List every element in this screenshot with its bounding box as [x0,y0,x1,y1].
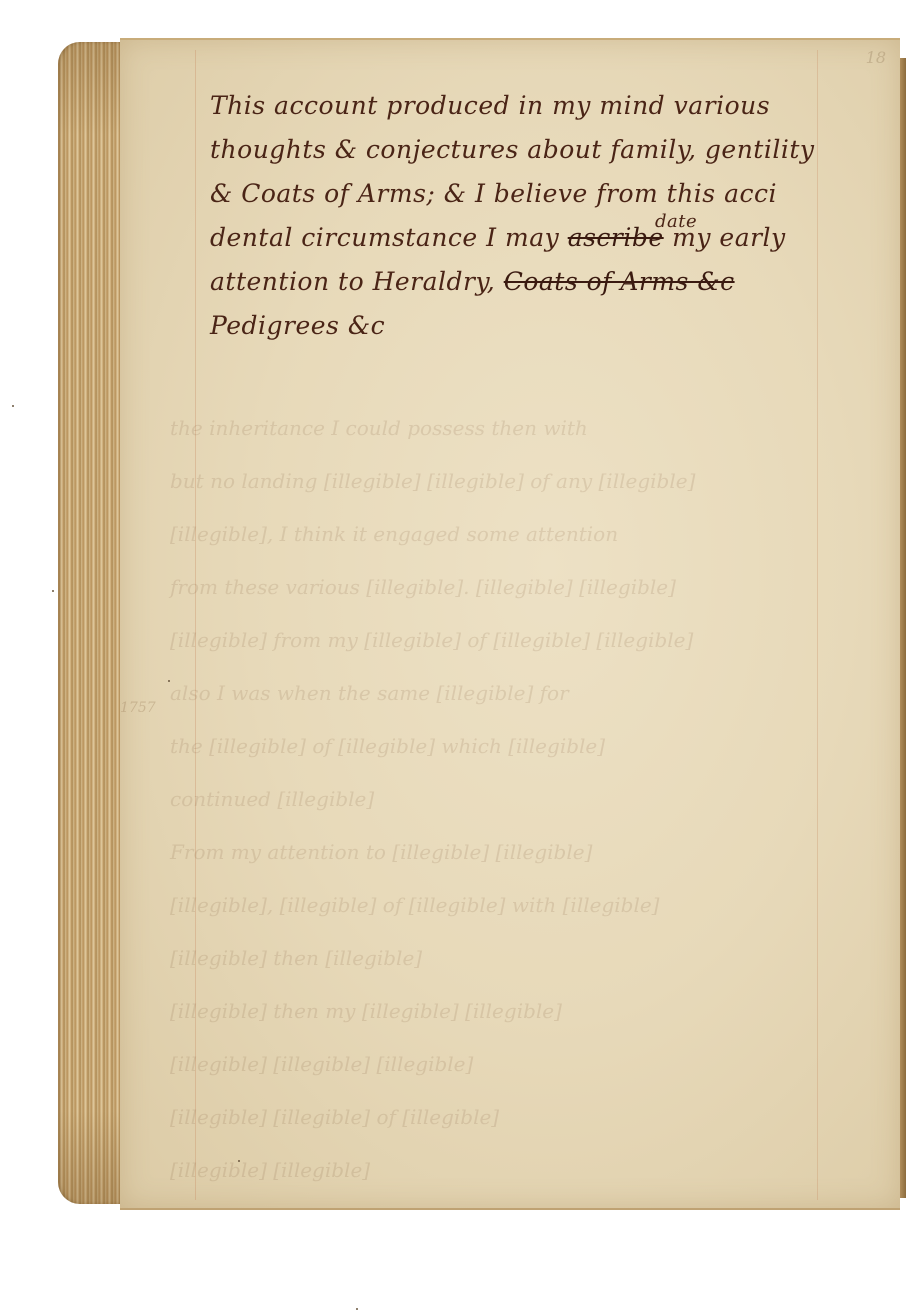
bleed-line: [illegible] [illegible] of [illegible] [170,1091,870,1144]
handwritten-passage: This account produced in my mind various… [210,84,830,348]
bleed-line [170,349,870,402]
bleed-line: from these various [illegible]. [illegib… [170,561,870,614]
bleed-line: [illegible] from my [illegible] of [ille… [170,614,870,667]
hw-line-4: dental circumstance I may ascribedate my… [210,216,830,260]
bleed-line: the [illegible] of [illegible] which [il… [170,720,870,773]
bleed-line: [illegible] [illegible] [170,1144,870,1197]
paper-speck [168,680,170,682]
bleed-line: continued [illegible] [170,773,870,826]
inserted-word: date [655,200,697,244]
bleed-line: but no landing [illegible] [illegible] o… [170,455,870,508]
bleed-line: [illegible] then my [illegible] [illegib… [170,985,870,1038]
manuscript-page: 18 the inheritance I could possess then … [120,38,900,1210]
page-edge-stack [58,42,120,1204]
faint-margin-date: 1757 [120,700,156,716]
background-speck [12,405,14,407]
bleed-line: [illegible], [illegible] of [illegible] … [170,879,870,932]
bleed-line: From my attention to [illegible] [illegi… [170,826,870,879]
hw-line-3: & Coats of Arms; & I believe from this a… [210,172,830,216]
hw-line-6: Pedigrees &c [210,304,830,348]
hw-line-1: This account produced in my mind various [210,84,830,128]
hw-line-5-text: attention to Heraldry, [210,267,504,296]
bleed-line: also I was when the same [illegible] for [170,667,870,720]
book: 18 the inheritance I could possess then … [58,38,902,1210]
bleed-line: [illegible], I think it engaged some att… [170,508,870,561]
struck-phrase: Coats of Arms &c [504,267,735,296]
faint-page-number: 18 [866,48,886,67]
page-right-edge [900,58,906,1198]
paper-speck [238,1160,240,1162]
bleed-line: [illegible] [illegible] [illegible] [170,1038,870,1091]
hw-line-4-text: dental circumstance I may [210,223,568,252]
struck-word: ascribe [568,223,664,252]
hw-line-5: attention to Heraldry, Coats of Arms &c [210,260,830,304]
hw-line-2: thoughts & conjectures about family, gen… [210,128,830,172]
background-speck [356,1308,358,1310]
bleed-line: [illegible] then [illegible] [170,932,870,985]
background-speck [52,590,54,592]
bleed-line: the inheritance I could possess then wit… [170,402,870,455]
